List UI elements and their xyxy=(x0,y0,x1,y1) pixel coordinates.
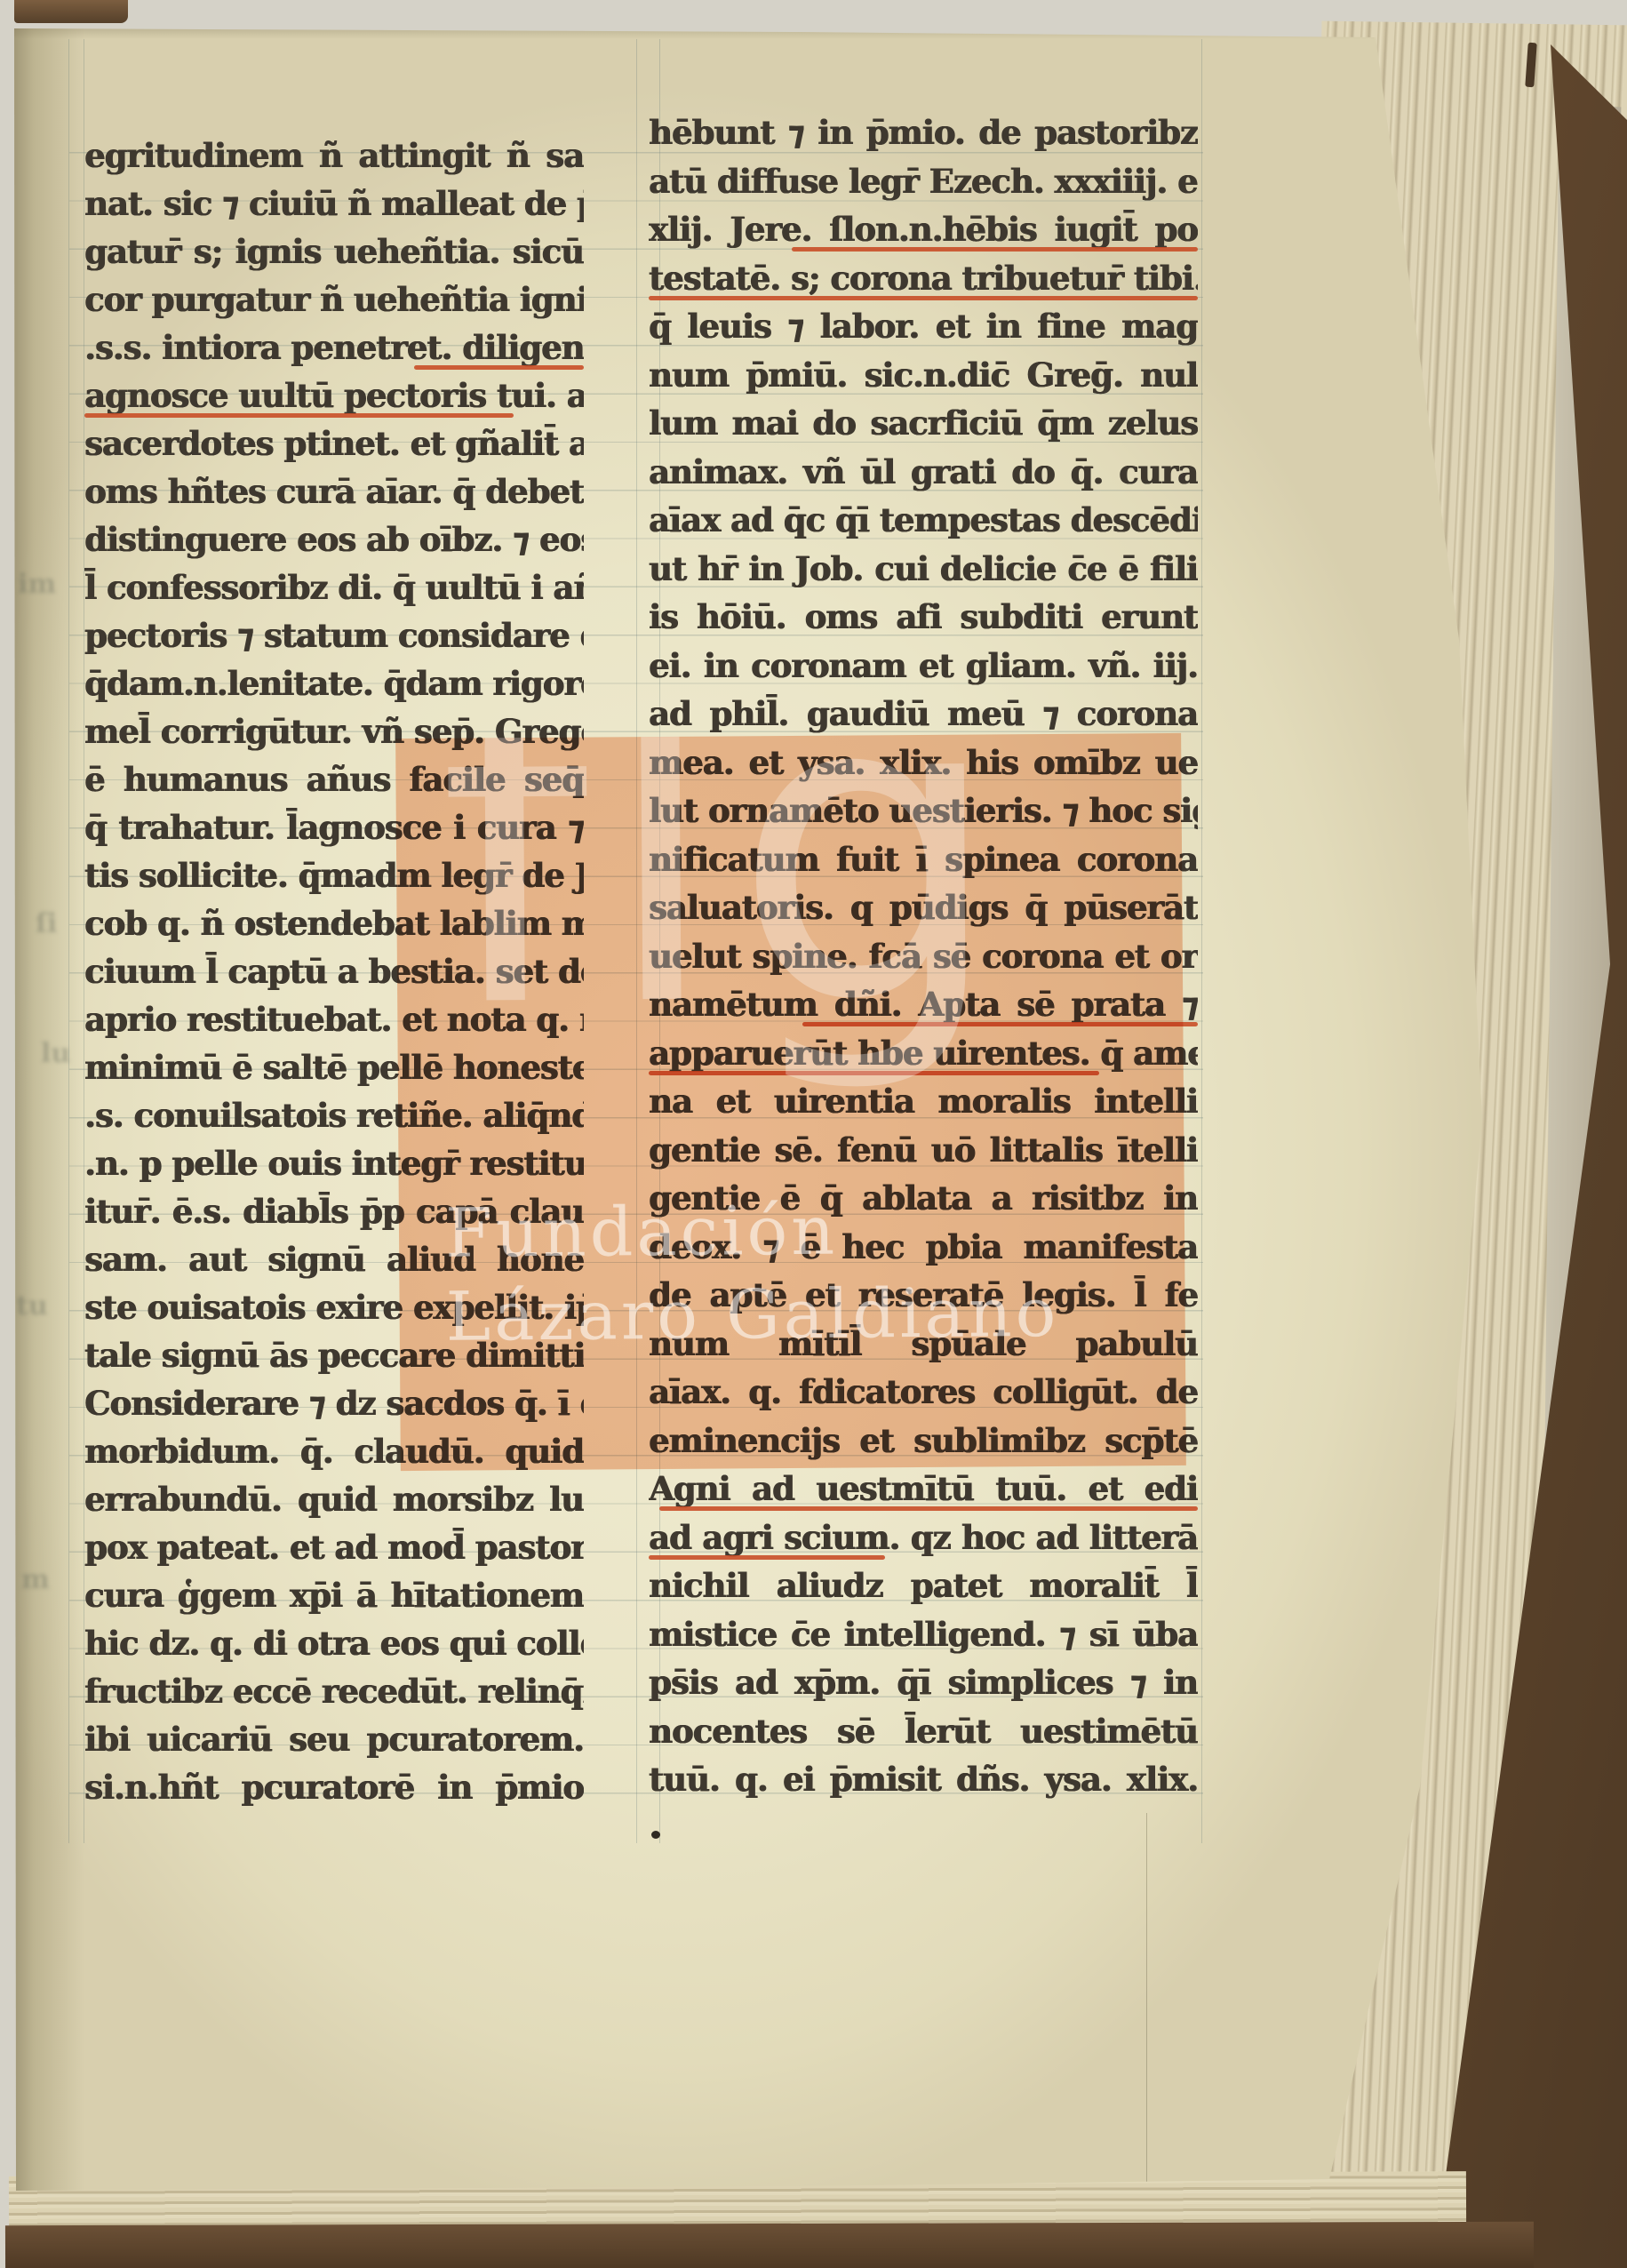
headband xyxy=(14,0,128,23)
rubric-underline xyxy=(649,296,1198,300)
manuscript-line: ibi uicariū seu pcuratorem. xyxy=(84,1715,584,1763)
manuscript-line: errabundū. quid morsibz lu xyxy=(84,1475,584,1523)
manuscript-line: pectoris ⁊ statum considare debet. xyxy=(84,611,584,659)
manuscript-line: nocentes sē l̄erūt uestimētū xyxy=(649,1707,1198,1756)
manuscript-line: mistice c̄e intelligend. ⁊ sī ūba xyxy=(649,1610,1198,1659)
manuscript-line: ad agri scium. qz hoc ad litterā xyxy=(649,1513,1198,1562)
manuscript-line: ps̄is ad xp̄m. q̄ī simplices ⁊ in xyxy=(649,1658,1198,1707)
rubric-underline xyxy=(84,413,514,418)
manuscript-line: ad phil̄. gaudiū meū ⁊ corona xyxy=(649,690,1198,739)
vertical-rule xyxy=(1201,39,1202,1843)
manuscript-line: fructibz eccē recedūt. relinq̄ntes xyxy=(84,1667,584,1715)
manuscript-line: cura g̔gem xp̄i ā hītationem xyxy=(84,1571,584,1619)
manuscript-line: animax. vñ ūl grati do q̄. cura xyxy=(649,448,1198,497)
manuscript-line: gatur̄ s; ignis ueheñtia. sicū xyxy=(84,228,584,276)
manuscript-line: sacerdotes ptinet. et gñalit̄ ad xyxy=(84,419,584,467)
bleedthrough-mark: ſi xyxy=(36,908,57,939)
manuscript-line: agnosce uultū pectoris tui. ad xyxy=(84,371,584,419)
manuscript-line: num p̄miū. sic.n.dic̄ Greḡ. nul xyxy=(649,351,1198,400)
bleedthrough-mark: lu xyxy=(41,1038,70,1069)
ink-dot xyxy=(651,1831,660,1839)
page-crease xyxy=(1146,1813,1147,2186)
rubric-underline xyxy=(659,1506,1198,1511)
bleedthrough-mark: tu xyxy=(16,1290,48,1322)
vertical-rule xyxy=(68,39,69,1843)
manuscript-line: nichil aliudz patet moralit̄ l̄ xyxy=(649,1561,1198,1610)
manuscript-photo: { "document": { "kind": "medieval manusc… xyxy=(0,0,1627,2268)
manuscript-line: hēbunt ⁊ in p̄mio. de pastoribz xyxy=(649,108,1198,157)
manuscript-line: nat. sic ⁊ ciuiū ñ malleat de p̄ xyxy=(84,180,584,228)
bleedthrough-mark: im xyxy=(18,569,56,600)
manuscript-line: q̄dam.n.lenitate. q̄dam rigore xyxy=(84,659,584,707)
manuscript-line: si.n.hñt pcuratorē in p̄mio xyxy=(84,1763,584,1811)
manuscript-line: ut hr̄ in Job. cui delicie c̄e ē fili xyxy=(649,545,1198,594)
manuscript-line: aīax ad q̄c q̄ī tempestas descēdit xyxy=(649,496,1198,545)
rubric-underline xyxy=(792,247,1198,252)
bleedthrough-mark: m xyxy=(21,1564,50,1595)
manuscript-line: pox pateat. et ad mod̄ pastor xyxy=(84,1523,584,1571)
manuscript-line: oms hñtes curā aīar. q̄ debet xyxy=(84,467,584,515)
manuscript-line: egritudinem ñ attingit ñ sa xyxy=(84,132,584,180)
manuscript-line: l̄ confessoribz di. q̄ uultū i añe xyxy=(84,563,584,611)
watermark-square xyxy=(395,733,1186,1471)
rubric-underline xyxy=(414,365,584,370)
manuscript-line: hic dz. q. di otra eos qui collect̄ xyxy=(84,1619,584,1667)
page-top-edge xyxy=(14,27,1374,39)
manuscript-line: tuū. q. ei p̄misit dñs. ysa. xlix. xyxy=(649,1755,1198,1804)
manuscript-line: testatē. s; corona tribuetur̄ tibi. xyxy=(649,254,1198,303)
manuscript-line: ei. in coronam et gliam. vñ. iij. xyxy=(649,642,1198,691)
manuscript-line: atū diffuse legr̄ Ezech. xxxiiij. et xyxy=(649,157,1198,206)
leather-cover-bottom xyxy=(5,2222,1534,2268)
manuscript-line: q̄ leuis ⁊ labor. et in fine mag xyxy=(649,302,1198,351)
manuscript-line: cor purgatur ñ ueheñtia igni xyxy=(84,276,584,323)
rubric-underline xyxy=(649,1555,885,1560)
manuscript-line: lum mai do sacrficiū q̄m zelus xyxy=(649,399,1198,448)
manuscript-line: .s.s. intiora penetret. diligent̄ xyxy=(84,323,584,371)
manuscript-line: is hōiū. oms afi subditi erunt xyxy=(649,593,1198,642)
manuscript-line: distinguere eos ab oībz. ⁊ eos xyxy=(84,515,584,563)
